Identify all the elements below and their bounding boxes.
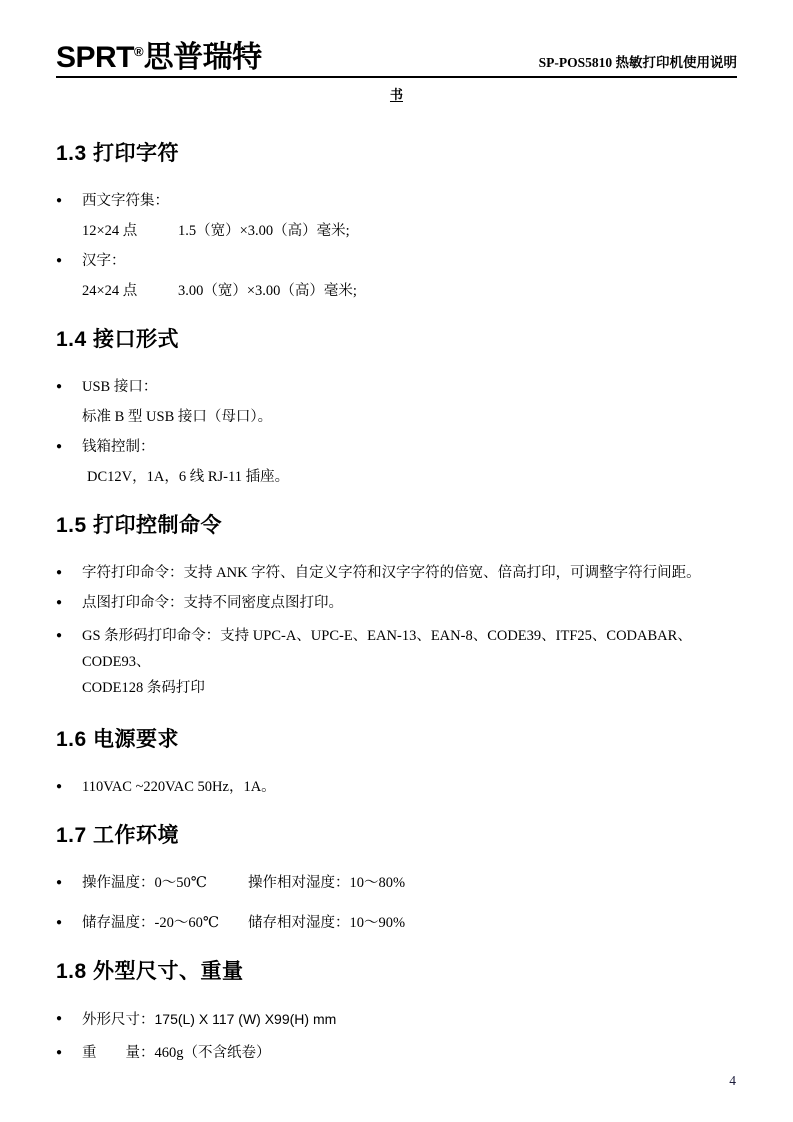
page-header: SPRT®思普瑞特 SP-POS5810 热敏打印机使用说明	[56, 0, 737, 78]
section-1-4: 1.4 接口形式 ● USB 接口： 标准 B 型 USB 接口（母口）。 ● …	[56, 328, 737, 487]
section-heading: 1.7 工作环境	[56, 824, 737, 848]
bullet-icon: ●	[56, 377, 82, 397]
manual-page: SPRT®思普瑞特 SP-POS5810 热敏打印机使用说明 书 1.3 打印字…	[0, 0, 793, 1122]
bullet-icon: ●	[56, 437, 82, 457]
item-text: 汉字：	[82, 251, 126, 271]
section-1-3: 1.3 打印字符 ● 西文字符集： 12×24 点 1.5（宽）×3.00（高）…	[56, 142, 737, 301]
bullet-item: ● 字符打印命令：支持 ANK 字符、自定义字符和汉字字符的倍宽、倍高打印，可调…	[56, 563, 737, 583]
item-text: 钱箱控制：	[82, 437, 155, 457]
section-heading: 1.8 外型尺寸、重量	[56, 960, 737, 984]
bullet-icon: ●	[56, 777, 82, 797]
spec-row: 12×24 点 1.5（宽）×3.00（高）毫米;	[56, 221, 737, 241]
item-text: 110VAC ~220VAC 50Hz，1A。	[82, 777, 276, 797]
bullet-icon: ●	[56, 191, 82, 211]
bullet-item: ● USB 接口：	[56, 377, 737, 397]
bullet-icon: ●	[56, 1043, 82, 1063]
item-text-line1: GS 条形码打印命令：支持 UPC-A、UPC-E、EAN-13、EAN-8、C…	[82, 623, 737, 675]
section-1-8: 1.8 外型尺寸、重量 ● 外形尺寸：175(L) X 117 (W) X99(…	[56, 960, 737, 1063]
bullet-icon: ●	[56, 913, 82, 933]
bullet-item: ● 储存温度：-20～60℃ 储存相对湿度：10～90%	[56, 913, 737, 933]
document-title: SP-POS5810 热敏打印机使用说明	[539, 56, 737, 74]
bullet-item: ● 西文字符集：	[56, 191, 737, 211]
spec-col1: 储存温度：-20～60℃	[82, 913, 248, 933]
spec-col1: 24×24 点	[82, 281, 178, 301]
sub-item: DC12V，1A，6 线 RJ-11 插座。	[56, 467, 737, 487]
item-text: 标准 B 型 USB 接口（母口）。	[82, 407, 272, 427]
section-heading: 1.3 打印字符	[56, 142, 737, 166]
page-number: 4	[729, 1073, 736, 1089]
spec-col2: 储存相对湿度：10～90%	[248, 913, 405, 933]
brand-logo-cn: 思普瑞特	[144, 41, 262, 74]
section-1-6: 1.6 电源要求 ● 110VAC ~220VAC 50Hz，1A。	[56, 728, 737, 797]
bullet-item: ● 汉字：	[56, 251, 737, 271]
section-1-7: 1.7 工作环境 ● 操作温度：0～50℃ 操作相对湿度：10～80% ● 储存…	[56, 824, 737, 933]
spec-col2: 1.5（宽）×3.00（高）毫米;	[178, 221, 350, 241]
item-text-line2: CODE128 条码打印	[82, 675, 737, 701]
section-heading: 1.5 打印控制命令	[56, 514, 737, 538]
bullet-icon: ●	[56, 563, 82, 583]
section-1-5: 1.5 打印控制命令 ● 字符打印命令：支持 ANK 字符、自定义字符和汉字字符…	[56, 514, 737, 701]
spec-col1: 操作温度：0～50℃	[82, 873, 248, 893]
section-heading: 1.4 接口形式	[56, 328, 737, 352]
item-text: 外形尺寸：175(L) X 117 (W) X99(H) mm	[82, 1009, 336, 1030]
bullet-icon: ●	[56, 1009, 82, 1029]
item-text: DC12V，1A，6 线 RJ-11 插座。	[87, 467, 289, 487]
item-text: 字符打印命令：支持 ANK 字符、自定义字符和汉字字符的倍宽、倍高打印，可调整字…	[82, 563, 701, 583]
spec-col1: 12×24 点	[82, 221, 178, 241]
sub-item: 标准 B 型 USB 接口（母口）。	[56, 407, 737, 427]
bullet-item: ● 110VAC ~220VAC 50Hz，1A。	[56, 777, 737, 797]
spec-row: 24×24 点 3.00（宽）×3.00（高）毫米;	[56, 281, 737, 301]
bullet-icon: ●	[56, 593, 82, 613]
bullet-icon: ●	[56, 623, 82, 649]
item-text: 点图打印命令：支持不同密度点图打印。	[82, 593, 343, 613]
registered-trademark-icon: ®	[134, 44, 144, 59]
bullet-item: ● 钱箱控制：	[56, 437, 737, 457]
spec-value: 175(L) X 117 (W) X99(H) mm	[155, 1011, 337, 1027]
bullet-item: ● 外形尺寸：175(L) X 117 (W) X99(H) mm	[56, 1009, 737, 1030]
spec-col2: 操作相对湿度：10～80%	[248, 873, 405, 893]
header-center-mark: 书	[56, 84, 737, 103]
bullet-item: ● 操作温度：0～50℃ 操作相对湿度：10～80%	[56, 873, 737, 893]
spec-col2: 3.00（宽）×3.00（高）毫米;	[178, 281, 357, 301]
brand-logo: SPRT®思普瑞特	[56, 43, 262, 73]
bullet-item: ● 点图打印命令：支持不同密度点图打印。	[56, 593, 737, 613]
bullet-icon: ●	[56, 251, 82, 271]
bullet-icon: ●	[56, 873, 82, 893]
section-heading: 1.6 电源要求	[56, 728, 737, 752]
bullet-item: ● 重 量：460g（不含纸卷）	[56, 1043, 737, 1063]
spec-label: 外形尺寸：	[82, 1012, 155, 1028]
item-text: 重 量：460g（不含纸卷）	[82, 1043, 271, 1063]
item-text: USB 接口：	[82, 377, 157, 397]
bullet-item: ● GS 条形码打印命令：支持 UPC-A、UPC-E、EAN-13、EAN-8…	[56, 623, 737, 701]
brand-logo-en: SPRT	[56, 41, 134, 74]
item-text: GS 条形码打印命令：支持 UPC-A、UPC-E、EAN-13、EAN-8、C…	[82, 623, 737, 701]
item-text: 西文字符集：	[82, 191, 169, 211]
